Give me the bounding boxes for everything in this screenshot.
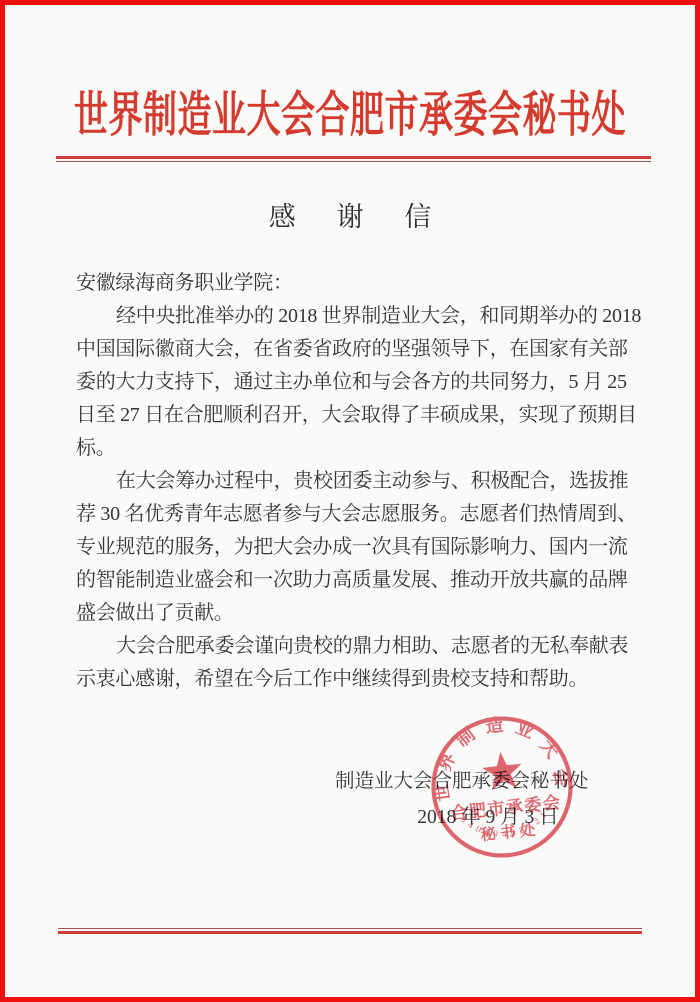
body-line: 经中央批准举办的 2018 世界制造业大会，和同期举办的 2018 [76,300,632,333]
seal-arc-text: 世界制造业大会 [424,707,574,803]
body-line: 大会合肥承委会谨向贵校的鼎力相助、志愿者的无私奉献表 [76,630,632,663]
footer-rule [58,928,642,934]
body-line: 盛会做出了贡献。 [76,597,632,630]
letterhead-rule-thick [56,156,651,159]
body-line: 的智能制造业盛会和一次助力高质量发展、推动开放共赢的品牌 [76,564,632,597]
footer-rule-thick [58,931,642,934]
body-line: 荐 30 名优秀青年志愿者参与大会志愿服务。志愿者们热情周到、 [76,498,632,531]
body-line: 在大会筹办过程中，贵校团委主动参与、积极配合，选拔推 [76,465,632,498]
body-line: 日至 27 日在合肥顺利召开，大会取得了丰硕成果，实现了预期目 [76,399,632,432]
official-seal-graphic: 世界制造业大会 合肥市承委会 秘书处 3401040272164 [411,696,593,878]
letter-page: 世界制造业大会合肥市承委会秘书处 感 谢 信 安徽绿海商务职业学院： 经中央批准… [0,0,700,1002]
footer-rule-thin [58,928,642,929]
letter-body: 安徽绿海商务职业学院： 经中央批准举办的 2018 世界制造业大会，和同期举办的… [76,267,632,696]
official-seal: 世界制造业大会 合肥市承委会 秘书处 3401040272164 [411,696,593,878]
salutation: 安徽绿海商务职业学院： [76,267,632,300]
body-line: 委的大力支持下，通过主办单位和与会各方的共同努力，5 月 25 [76,366,632,399]
body-line: 示衷心感谢，希望在今后工作中继续得到贵校支持和帮助。 [76,663,632,696]
body-line: 专业规范的服务，为把大会办成一次具有国际影响力、国内一流 [76,531,632,564]
body-line: 中国国际徽商大会，在省委省政府的坚强领导下，在国家有关部 [76,333,632,366]
letterhead-rule [56,156,651,162]
letter-title: 感 谢 信 [5,197,695,237]
body-line: 标。 [76,432,632,465]
seal-star [481,750,524,791]
letterhead-title: 世界制造业大会合肥市承委会秘书处 [5,91,695,142]
letterhead-rule-thin [56,161,651,162]
